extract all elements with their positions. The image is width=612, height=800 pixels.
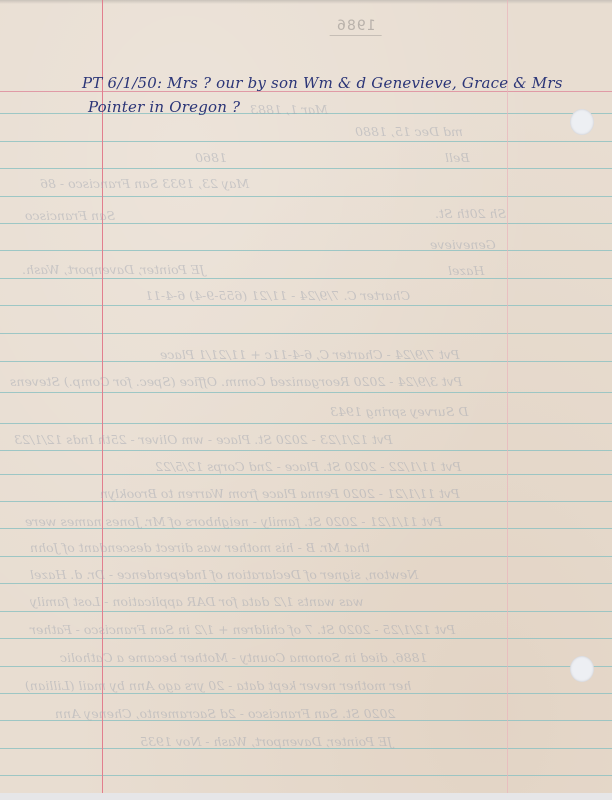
- ruled-line: [0, 693, 612, 694]
- left-margin-line: [102, 0, 103, 793]
- bleed-through-text: Pvt 11/1/22 - 2020 St. Place - 2nd Corps…: [155, 459, 461, 474]
- ruled-line: [0, 775, 612, 776]
- bleed-through-text: Pvt 11/1/21 - 2020 Penna Place from Warr…: [100, 486, 460, 501]
- ruled-line: [0, 556, 612, 557]
- bleed-through-text: was wants 1/2 data for DAR application -…: [30, 594, 364, 609]
- bleed-through-text: her mother never kept data - 20 yrs ago …: [25, 678, 411, 693]
- bleed-through-text: Hazel: [448, 263, 484, 278]
- bleed-through-text: JE Pointer, Davenport, Wash.: [22, 262, 205, 277]
- bleed-through-text: Pvt 3/9/24 - 2020 Reorganized Comm. Offi…: [10, 374, 462, 389]
- ruled-line: [0, 583, 612, 584]
- notebook-page: 1986 Mar 1, 1883 md Dec 15, 1880 Bell 18…: [0, 0, 612, 793]
- ruled-line: [0, 305, 612, 306]
- binder-hole: [570, 656, 594, 682]
- ruled-line: [0, 250, 612, 251]
- bleed-through-text: that Mr. B - his mother was direct desce…: [30, 540, 370, 555]
- ruled-line: [0, 638, 612, 639]
- ruled-line: [0, 423, 612, 424]
- page-top-shadow: [0, 0, 612, 4]
- ruled-line: [0, 168, 612, 169]
- bleed-through-text: 1886, died in Sonoma County - Mother bec…: [60, 650, 427, 665]
- bleed-through-text: May 23, 1933 San Francisco - 86: [40, 176, 249, 191]
- bleed-through-text: Mar 1, 1883: [250, 102, 328, 117]
- ruled-line: [0, 196, 612, 197]
- bleed-through-text: JE Pointer, Davenport, Wash - Nov 1935: [140, 734, 392, 749]
- ruled-line: [0, 501, 612, 502]
- right-margin-line: [507, 0, 508, 793]
- ruled-line: [0, 278, 612, 279]
- ruled-line: [0, 392, 612, 393]
- bleed-through-text: Genevieve: [430, 237, 496, 252]
- ruled-line: [0, 141, 612, 142]
- bleed-through-text: Pvt 12/1/23 - 2020 St. Place - wm Oliver…: [14, 432, 392, 447]
- ruled-line: [0, 333, 612, 334]
- binder-hole: [570, 109, 594, 135]
- bleed-through-text: Pvt 7/9/24 - Charter C, 6-4-11c + 11/21/…: [160, 347, 459, 362]
- bleed-through-text: Sh 20th St.: [435, 206, 506, 221]
- handwritten-line: PT 6/1/50: Mrs ? our by son Wm & d Genev…: [82, 74, 563, 92]
- bleed-through-text: Newton, signer of Declaration of Indepen…: [30, 567, 418, 582]
- bleed-through-text: Charter C. 7/9/24 - 11/21 (655-9-4) 6-4-…: [145, 288, 410, 303]
- bleed-through-text: Pvt 11/1/21 - 2020 St. family - neighbor…: [25, 514, 442, 529]
- bleed-through-text: 1860: [195, 150, 227, 165]
- ruled-line: [0, 611, 612, 612]
- handwritten-line: Pointer in Oregon ?: [88, 98, 240, 116]
- bleed-through-text: Bell: [445, 150, 470, 165]
- ruled-line: [0, 666, 612, 667]
- bleed-through-text: 2020 St. San Francisco - 2d Sacramento, …: [55, 706, 395, 721]
- ruled-line: [0, 223, 612, 224]
- bleed-through-text: Pvt 12/1/25 - 2020 St. 7 of children + 1…: [30, 622, 455, 637]
- ruled-line: [0, 474, 612, 475]
- bleed-through-text: D Survey spring 1943: [330, 404, 468, 419]
- ruled-line: [0, 450, 612, 451]
- page-number-mirrored: 1986: [330, 18, 382, 36]
- bleed-through-text: md Dec 15, 1880: [355, 124, 463, 139]
- bleed-through-text: San Francisco: [25, 208, 115, 223]
